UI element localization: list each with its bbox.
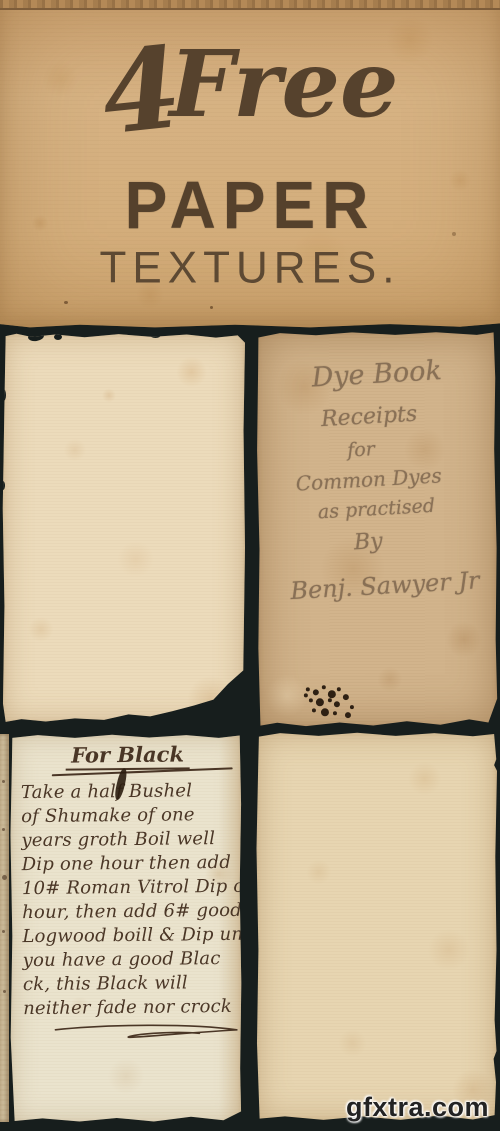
handwriting-block: For Black Take a half Bushel of Shumake … [20, 741, 237, 1047]
torn-edge-strip [0, 0, 500, 10]
promo-poster: 4Free PAPER TEXTURES. Dye Book Receipts … [0, 0, 500, 1131]
title-script-line: 4Free [0, 22, 500, 134]
recipe-title: For Black [65, 741, 190, 770]
texture-page-blank-torn [2, 333, 245, 723]
handwriting-line: Take a half Bushel [21, 779, 235, 805]
handwriting-line: hour, then add 6# good [22, 899, 236, 925]
handwriting-line: By [248, 523, 489, 562]
header-banner: 4Free PAPER TEXTURES. [0, 0, 500, 328]
torn-edge-gap [54, 334, 62, 340]
title-free-word: Free [169, 38, 398, 130]
flourish-underline [51, 1021, 241, 1043]
torn-edge-gap [1, 481, 5, 490]
book-gutter-edge [0, 734, 9, 1122]
handwriting-line: Logwood boill & Dip until [22, 923, 236, 949]
handwriting-line: of Shumake of one [21, 803, 235, 829]
handwriting-line: you have a good Blac [23, 947, 237, 973]
texture-page-dye-book-cover: Dye Book Receipts for Common Dyes as pra… [256, 330, 498, 727]
torn-edge-gap [150, 332, 161, 338]
ink-splatter [306, 687, 310, 691]
title-textures-word: TEXTURES. [0, 243, 500, 294]
paper-speck [64, 301, 68, 304]
handwriting-line: Dye Book [256, 352, 497, 397]
recipe-title-row: For Black [20, 741, 234, 771]
texture-page-for-black-recipe: For Black Take a half Bushel of Shumake … [10, 734, 242, 1123]
handwriting-line: ck, this Black will [23, 971, 237, 997]
watermark: gfxtra.com [346, 1092, 489, 1123]
handwriting-line: Dip one hour then add [22, 851, 236, 877]
handwriting-line: years groth Boil well [21, 827, 235, 853]
title-paper-word: PAPER [0, 167, 500, 244]
texture-page-blank-aged [256, 732, 497, 1121]
handwriting-line: neither fade nor crock [23, 995, 237, 1021]
torn-edge-gap [27, 331, 44, 342]
paper-speck [210, 306, 213, 309]
handwriting-line: Benj. Sawyer Jr [264, 565, 500, 607]
handwriting-line: as practised [256, 491, 497, 527]
handwriting-line: 10# Roman Vitrol Dip one [22, 875, 236, 901]
torn-edge-gap [1, 389, 6, 401]
handwriting-line: Receipts [249, 397, 490, 436]
handwriting-block: Dye Book Receipts for Common Dyes as pra… [250, 352, 500, 606]
title-count: 4 [97, 32, 180, 151]
ink-bleed-marks [2, 780, 5, 783]
